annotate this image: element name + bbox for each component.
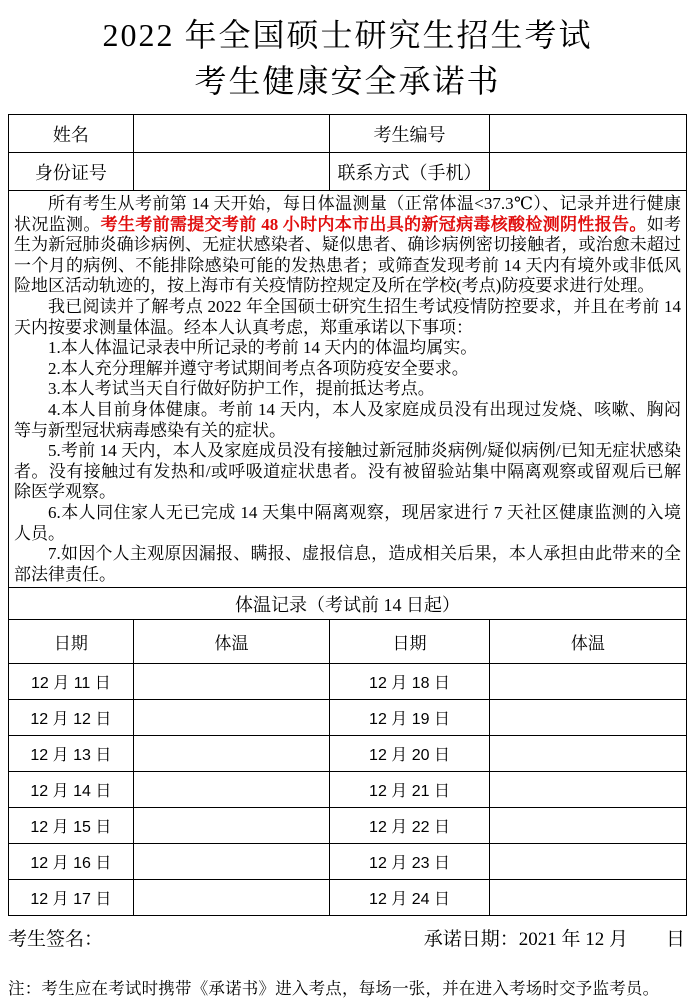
header-date-1: 日期 [9, 620, 134, 664]
candidate-info-table: 姓名 考生编号 身份证号 联系方式（手机） [8, 114, 687, 191]
date-cell: 12 月 24 日 [330, 880, 489, 916]
title-line-2: 考生健康安全承诺书 [8, 58, 687, 104]
info-row-2: 身份证号 联系方式（手机） [9, 153, 687, 191]
temp-row: 12 月 15 日 12 月 22 日 [9, 808, 687, 844]
document-title: 2022 年全国硕士研究生招生考试 考生健康安全承诺书 [8, 8, 687, 104]
date-cell: 12 月 16 日 [9, 844, 134, 880]
phone-value-cell [489, 153, 686, 191]
commitment-item-1: 1.本人体温记录表中所记录的考前 14 天内的体温均属实。 [14, 338, 681, 359]
commitment-item-5: 5.考前 14 天内，本人及家庭成员没有接触过新冠肺炎病例/疑似病例/已知无症状… [14, 441, 681, 503]
signature-row: 考生签名： 承诺日期：2021 年 12 月 日 [8, 916, 687, 951]
name-label: 姓名 [9, 115, 134, 153]
commitment-item-2: 2.本人充分理解并遵守考试期间考点各项防疫安全要求。 [14, 359, 681, 380]
id-number-value-cell [133, 153, 330, 191]
temp-row: 12 月 16 日 12 月 23 日 [9, 844, 687, 880]
date-cell: 12 月 11 日 [9, 664, 134, 700]
temp-value-cell [133, 844, 330, 880]
date-cell: 12 月 15 日 [9, 808, 134, 844]
notice-p1-red-highlight: 考生考前需提交考前 48 小时内本市出具的新冠病毒核酸检测阴性报告。 [101, 215, 647, 234]
temp-value-cell [489, 880, 686, 916]
date-cell: 12 月 12 日 [9, 700, 134, 736]
date-cell: 12 月 21 日 [330, 772, 489, 808]
id-number-label: 身份证号 [9, 153, 134, 191]
date-cell: 12 月 18 日 [330, 664, 489, 700]
temp-value-cell [489, 664, 686, 700]
temp-row: 12 月 14 日 12 月 21 日 [9, 772, 687, 808]
notice-text-block: 所有考生从考前第 14 天开始，每日体温测量（正常体温<37.3℃）、记录并进行… [8, 191, 687, 587]
temp-value-cell [489, 700, 686, 736]
date-cell: 12 月 20 日 [330, 736, 489, 772]
footer-note: 注：考生应在考试时携带《承诺书》进入考点，每场一张，并在进入考场时交予监考员。 [8, 951, 687, 999]
temp-title-row: 体温记录（考试前 14 日起） [9, 588, 687, 620]
temp-row: 12 月 13 日 12 月 20 日 [9, 736, 687, 772]
temp-value-cell [133, 664, 330, 700]
name-value-cell [133, 115, 330, 153]
candidate-no-label: 考生编号 [330, 115, 489, 153]
commitment-item-6: 6.本人同住家人无已完成 14 天集中隔离观察，现居家进行 7 天社区健康监测的… [14, 503, 681, 544]
date-cell: 12 月 19 日 [330, 700, 489, 736]
candidate-no-value-cell [489, 115, 686, 153]
temp-row: 12 月 17 日 12 月 24 日 [9, 880, 687, 916]
temp-value-cell [133, 736, 330, 772]
title-line-1: 2022 年全国硕士研究生招生考试 [8, 12, 687, 58]
temp-value-cell [133, 808, 330, 844]
header-temp-2: 体温 [489, 620, 686, 664]
notice-paragraph-1: 所有考生从考前第 14 天开始，每日体温测量（正常体温<37.3℃）、记录并进行… [14, 194, 681, 297]
commitment-item-3: 3.本人考试当天自行做好防护工作，提前抵达考点。 [14, 379, 681, 400]
date-cell: 12 月 13 日 [9, 736, 134, 772]
temp-value-cell [489, 736, 686, 772]
document-page: 2022 年全国硕士研究生招生考试 考生健康安全承诺书 姓名 考生编号 身份证号… [0, 0, 695, 999]
temp-value-cell [133, 880, 330, 916]
temp-value-cell [133, 700, 330, 736]
temp-value-cell [489, 772, 686, 808]
signature-label: 考生签名： [8, 924, 103, 951]
promise-date: 承诺日期：2021 年 12 月 日 [424, 924, 685, 951]
commitment-item-4: 4.本人目前身体健康。考前 14 天内，本人及家庭成员没有出现过发烧、咳嗽、胸闷… [14, 400, 681, 441]
date-cell: 12 月 14 日 [9, 772, 134, 808]
header-temp-1: 体温 [133, 620, 330, 664]
date-cell: 12 月 17 日 [9, 880, 134, 916]
date-cell: 12 月 23 日 [330, 844, 489, 880]
notice-paragraph-2: 我已阅读并了解考点 2022 年全国硕士研究生招生考试疫情防控要求，并且在考前 … [14, 297, 681, 338]
date-cell: 12 月 22 日 [330, 808, 489, 844]
header-date-2: 日期 [330, 620, 489, 664]
commitment-item-7: 7.如因个人主观原因漏报、瞒报、虚报信息，造成相关后果，本人承担由此带来的全部法… [14, 544, 681, 585]
temp-row: 12 月 12 日 12 月 19 日 [9, 700, 687, 736]
temp-row: 12 月 11 日 12 月 18 日 [9, 664, 687, 700]
temp-value-cell [489, 844, 686, 880]
phone-label: 联系方式（手机） [330, 153, 489, 191]
temp-header-row: 日期 体温 日期 体温 [9, 620, 687, 664]
temp-table-title: 体温记录（考试前 14 日起） [9, 588, 687, 620]
info-row-1: 姓名 考生编号 [9, 115, 687, 153]
temp-value-cell [133, 772, 330, 808]
temp-value-cell [489, 808, 686, 844]
temperature-record-table: 体温记录（考试前 14 日起） 日期 体温 日期 体温 12 月 11 日 12… [8, 587, 687, 916]
